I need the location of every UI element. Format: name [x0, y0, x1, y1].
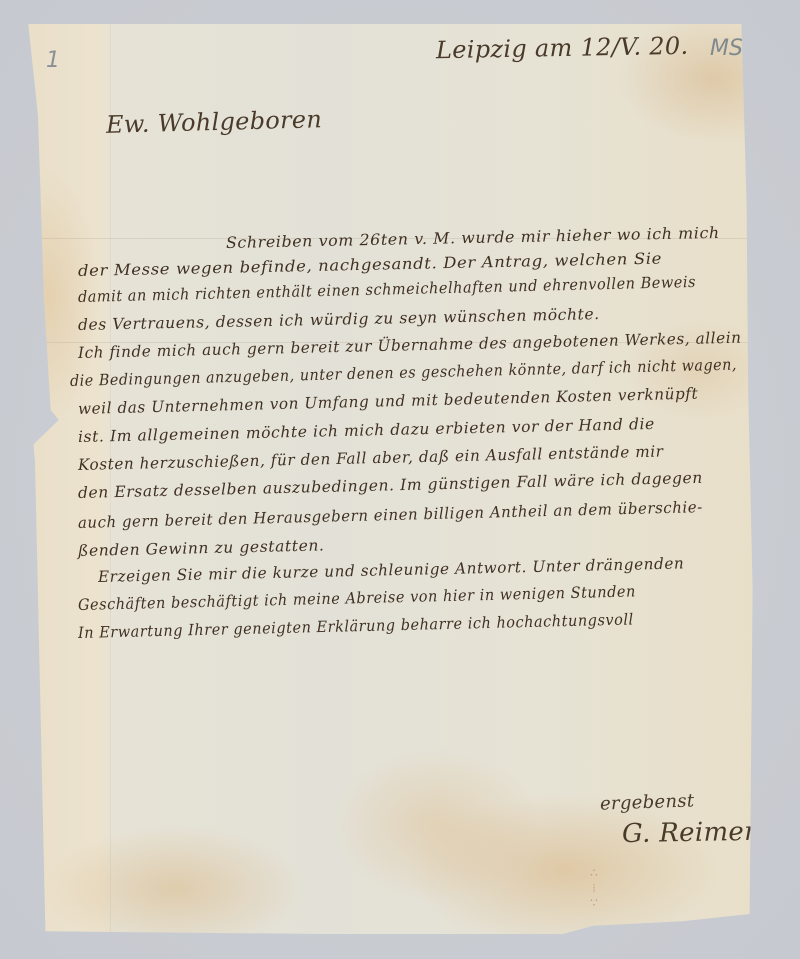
body-line: ist. Im allgemeinen möchte ich mich dazu… [78, 415, 655, 446]
body-line: Schreiben vom 26ten v. M. wurde mir hieh… [226, 224, 720, 252]
closing: ergebenst [600, 790, 695, 814]
scan-background: 1 Leipzig am 12/V. 20. MS Ew. Wohlgebore… [0, 0, 800, 959]
signature: G. Reimer [622, 817, 757, 849]
body-line: die Bedingungen anzugeben, unter denen e… [70, 356, 737, 390]
body-line: ßenden Gewinn zu gestatten. [78, 536, 325, 560]
faded-stamp-mark: ∴⁞∵ [574, 866, 614, 926]
body-line: In Erwartung Ihrer geneigten Erklärung b… [78, 610, 634, 642]
body-line: Kosten herzuschießen, für den Fall aber,… [78, 442, 664, 474]
body-line: des Vertrauens, dessen ich würdig zu sey… [78, 305, 600, 334]
body-line: den Ersatz desselben auszubedingen. Im g… [78, 469, 703, 502]
body-line: weil das Unternehmen von Umfang und mit … [78, 385, 699, 418]
body-line: Erzeigen Sie mir die kurze und schleunig… [98, 554, 685, 586]
letter-paper: 1 Leipzig am 12/V. 20. MS Ew. Wohlgebore… [26, 24, 772, 934]
body-line: auch gern bereit den Herausgebern einen … [78, 498, 703, 532]
stamp-glyph: ∴⁞∵ [590, 866, 598, 910]
body-line: Geschäften beschäftigt ich meine Abreise… [78, 582, 636, 614]
